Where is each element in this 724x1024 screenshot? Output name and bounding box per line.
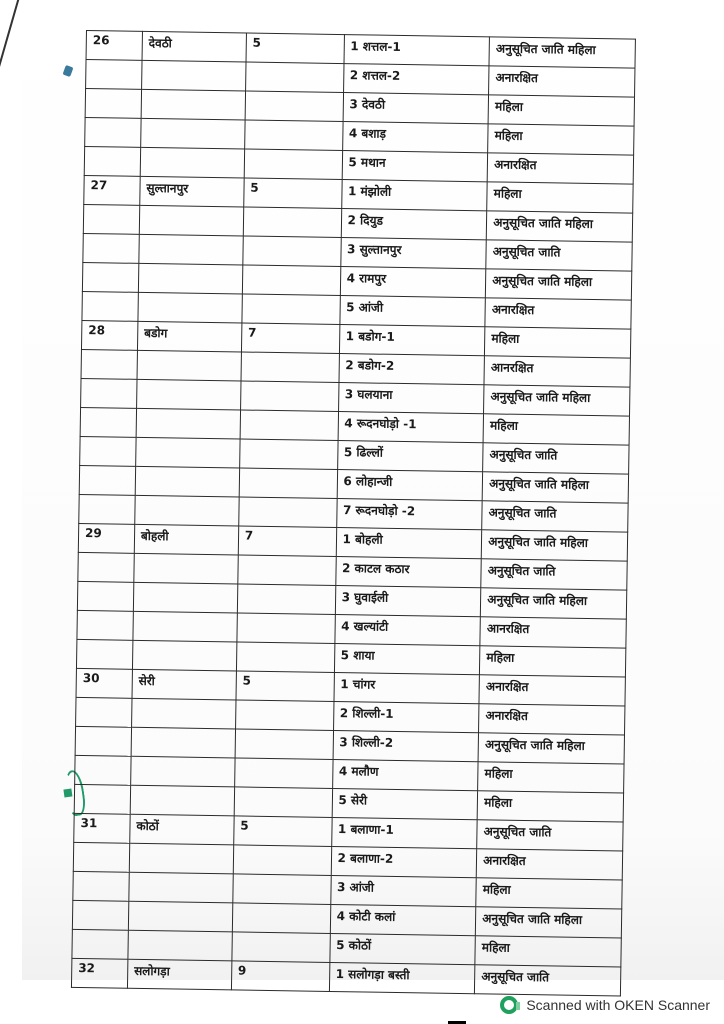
ward-name-cell: 5 सेरी	[332, 788, 478, 819]
ward-count-cell: 5	[233, 816, 331, 847]
panchayat-cell	[132, 640, 236, 671]
ward-name-cell: 4 कोटी कलां	[330, 904, 476, 935]
reservation-category-cell: अनुसूचित जाति	[477, 820, 623, 851]
panchayat-cell	[139, 234, 243, 265]
serial-number-cell	[75, 755, 131, 785]
panchayat-cell: देवठी	[142, 31, 246, 62]
reservation-category-cell: महिला	[488, 124, 634, 155]
reservation-category-cell: महिला	[483, 414, 629, 445]
serial-number-cell	[74, 784, 130, 814]
panchayat-cell: सेरी	[132, 669, 236, 700]
panchayat-cell	[129, 872, 233, 903]
panchayat-cell: बडोग	[137, 321, 241, 352]
serial-number-cell	[77, 581, 133, 611]
ward-count-cell	[235, 729, 333, 760]
reservation-category-cell: महिला	[488, 95, 634, 126]
reservation-category-cell: महिला	[485, 327, 631, 358]
panchayat-cell	[134, 553, 238, 584]
reservation-category-cell: अनुसूचित जाति महिला	[486, 269, 632, 300]
ward-name-cell: 5 आंजी	[339, 296, 485, 327]
ward-count-cell	[240, 381, 338, 412]
ward-name-cell: 2 शिल्ली-1	[333, 701, 479, 732]
panchayat-cell	[130, 785, 234, 816]
panchayat-cell	[128, 901, 232, 932]
panchayat-cell: सुल्तानपुर	[140, 176, 244, 207]
ward-name-cell: 3 सुल्तानपुर	[340, 238, 486, 269]
ward-count-cell	[237, 584, 335, 615]
ward-count-cell	[245, 62, 343, 93]
reservation-category-cell: अनारक्षित	[485, 298, 631, 329]
ward-name-cell: 5 कोठों	[329, 933, 475, 964]
serial-number-cell	[82, 291, 138, 321]
reservation-category-cell: अनुसूचित जाति महिला	[486, 211, 632, 242]
serial-number-cell	[80, 436, 136, 466]
reservation-category-cell: आनरक्षित	[484, 356, 630, 387]
ward-count-cell	[240, 410, 338, 441]
ward-count-cell	[241, 352, 339, 383]
serial-number-cell	[77, 610, 133, 640]
panchayat-cell	[135, 466, 239, 497]
ward-count-cell	[232, 903, 330, 934]
ward-count-cell: 5	[236, 671, 334, 702]
reservation-category-cell: अनुसूचित जाति	[482, 501, 628, 532]
reservation-category-cell: अनारक्षित	[479, 704, 625, 735]
serial-number-cell	[81, 378, 137, 408]
serial-number-cell: 29	[78, 523, 134, 553]
scanner-watermark: Scanned with OKEN Scanner	[500, 996, 710, 1014]
serial-number-cell: 31	[74, 813, 130, 843]
panchayat-cell	[131, 727, 235, 758]
panchayat-cell	[137, 350, 241, 381]
ward-count-cell	[239, 468, 337, 499]
reservation-category-cell: अनारक्षित	[487, 153, 633, 184]
panchayat-cell	[133, 582, 237, 613]
ward-name-cell: 2 शत्तल-2	[343, 64, 489, 95]
watermark-text: Scanned with OKEN Scanner	[526, 997, 710, 1013]
panchayat-cell: सलोगड़ा	[127, 959, 231, 990]
panchayat-cell	[128, 930, 232, 961]
ward-name-cell: 3 शिल्ली-2	[333, 730, 479, 761]
ward-name-cell: 1 बडोग-1	[339, 325, 485, 356]
ward-name-cell: 1 बोहली	[336, 527, 482, 558]
ward-name-cell: 2 बडोग-2	[339, 354, 485, 385]
ward-name-cell: 1 शत्तल-1	[344, 35, 490, 66]
panchayat-cell: कोठों	[130, 814, 234, 845]
serial-number-cell	[79, 465, 135, 495]
ward-count-cell	[243, 207, 341, 238]
ward-name-cell: 3 आंजी	[330, 875, 476, 906]
reservation-category-cell: अनुसूचित जाति महिला	[484, 385, 630, 416]
ward-count-cell	[244, 120, 342, 151]
panchayat-cell	[129, 843, 233, 874]
ward-count-cell	[235, 700, 333, 731]
reservation-category-cell: अनारक्षित	[476, 849, 622, 880]
panchayat-cell	[136, 437, 240, 468]
ward-name-cell: 1 चांगर	[333, 672, 479, 703]
table-body: 26देवठी51 शत्तल-1अनुसूचित जाति महिला2 शत…	[71, 31, 635, 997]
reservation-category-cell: अनुसूचित जाति महिला	[481, 588, 627, 619]
ward-name-cell: 1 सलोगड़ा बस्ती	[329, 962, 475, 993]
reservation-category-cell: अनुसूचित जाति महिला	[476, 907, 622, 938]
serial-number-cell	[72, 929, 128, 959]
ward-count-cell	[236, 642, 334, 673]
reservation-category-cell: महिला	[487, 182, 633, 213]
ward-count-cell: 5	[246, 33, 344, 64]
ward-count-cell	[233, 874, 331, 905]
serial-number-cell	[85, 117, 141, 147]
serial-number-cell	[72, 900, 128, 930]
ward-count-cell: 9	[231, 961, 329, 992]
ward-count-cell	[238, 497, 336, 528]
serial-number-cell: 30	[76, 668, 132, 698]
reservation-category-cell: महिला	[477, 791, 623, 822]
serial-number-cell	[84, 146, 140, 176]
ward-name-cell: 4 मलौण	[332, 759, 478, 790]
pen-stroke-mark	[0, 0, 22, 255]
reservation-category-cell: अनुसूचित जाति महिला	[489, 37, 635, 68]
ward-count-cell	[234, 758, 332, 789]
ward-count-cell	[238, 555, 336, 586]
panchayat-cell	[136, 379, 240, 410]
ward-name-cell: 2 काटल कठार	[335, 556, 481, 587]
serial-number-cell	[83, 204, 139, 234]
serial-number-cell: 26	[86, 31, 142, 61]
serial-number-cell	[82, 262, 138, 292]
serial-number-cell	[86, 60, 142, 90]
ward-name-cell: 4 रूदनघोड़ो -1	[338, 412, 484, 443]
panchayat-cell	[141, 60, 245, 91]
reservation-category-cell: अनुसूचित जाति महिला	[482, 472, 628, 503]
ward-count-cell: 5	[243, 178, 341, 209]
ward-name-cell: 4 बशाड़	[342, 122, 488, 153]
ward-name-cell: 3 घलयाना	[338, 383, 484, 414]
panchayat-cell	[135, 495, 239, 526]
ward-name-cell: 1 बलाणा-1	[331, 817, 477, 848]
serial-number-cell	[78, 552, 134, 582]
serial-number-cell	[81, 349, 137, 379]
ward-name-cell: 4 रामपुर	[340, 267, 486, 298]
serial-number-cell: 27	[84, 175, 140, 205]
panchayat-cell	[141, 118, 245, 149]
reservation-category-cell: अनारक्षित	[479, 675, 625, 706]
ward-count-cell: 7	[241, 323, 339, 354]
serial-number-cell: 28	[81, 320, 137, 350]
panchayat-cell	[133, 611, 237, 642]
ward-name-cell: 3 घुवाईली	[335, 585, 481, 616]
serial-number-cell: 32	[71, 958, 127, 988]
reservation-table: 26देवठी51 शत्तल-1अनुसूचित जाति महिला2 शत…	[71, 30, 636, 997]
reservation-category-cell: महिला	[478, 762, 624, 793]
ward-name-cell: 2 दियुड	[341, 209, 487, 240]
panchayat-cell	[131, 698, 235, 729]
serial-number-cell	[75, 726, 131, 756]
ward-count-cell	[243, 236, 341, 267]
reservation-category-cell: अनुसूचित जाति	[486, 240, 632, 271]
ward-count-cell	[239, 439, 337, 470]
reservation-category-cell: अनुसूचित जाति	[481, 559, 627, 590]
ward-count-cell	[232, 932, 330, 963]
ward-count-cell	[233, 845, 331, 876]
reservation-category-cell: अनुसूचित जाति	[475, 965, 621, 996]
ward-name-cell: 3 देवठी	[343, 93, 489, 124]
reservation-category-cell: अनुसूचित जाति महिला	[481, 530, 627, 561]
ward-count-cell	[242, 265, 340, 296]
reservation-category-cell: आनरक्षित	[480, 617, 626, 648]
ward-count-cell	[237, 613, 335, 644]
reservation-category-cell: महिला	[480, 646, 626, 677]
reservation-category-cell: महिला	[476, 878, 622, 909]
serial-number-cell	[73, 842, 129, 872]
ward-name-cell: 5 मथान	[342, 151, 488, 182]
panchayat-cell	[138, 263, 242, 294]
panchayat-cell: बोहली	[134, 524, 238, 555]
ward-name-cell: 5 शाया	[334, 643, 480, 674]
ward-count-cell	[234, 787, 332, 818]
serial-number-cell	[76, 697, 132, 727]
serial-number-cell	[73, 871, 129, 901]
reservation-category-cell: अनुसूचित जाति महिला	[478, 733, 624, 764]
serial-number-cell	[85, 89, 141, 119]
reservation-category-cell: महिला	[475, 936, 621, 967]
ward-name-cell: 7 रूदनघोड़ो -2	[336, 498, 482, 529]
ward-name-cell: 2 बलाणा-2	[331, 846, 477, 877]
serial-number-cell	[80, 407, 136, 437]
panchayat-cell	[140, 147, 244, 178]
oken-scanner-logo-icon	[500, 996, 518, 1014]
serial-number-cell	[83, 233, 139, 263]
ward-name-cell: 1 मंझोली	[341, 180, 487, 211]
panchayat-cell	[131, 756, 235, 787]
panchayat-cell	[138, 292, 242, 323]
ward-count-cell: 7	[238, 526, 336, 557]
panchayat-cell	[136, 408, 240, 439]
ward-count-cell	[244, 149, 342, 180]
serial-number-cell	[76, 639, 132, 669]
serial-number-cell	[79, 494, 135, 524]
ward-name-cell: 4 खल्यांटी	[334, 614, 480, 645]
ward-name-cell: 6 लोहान्जी	[337, 469, 483, 500]
panchayat-cell	[141, 89, 245, 120]
ward-count-cell	[242, 294, 340, 325]
reservation-category-cell: अनारक्षित	[489, 66, 635, 97]
ward-name-cell: 5 ढिल्लों	[337, 441, 483, 472]
ward-count-cell	[245, 91, 343, 122]
panchayat-cell	[139, 205, 243, 236]
reservation-category-cell: अनुसूचित जाति	[483, 443, 629, 474]
